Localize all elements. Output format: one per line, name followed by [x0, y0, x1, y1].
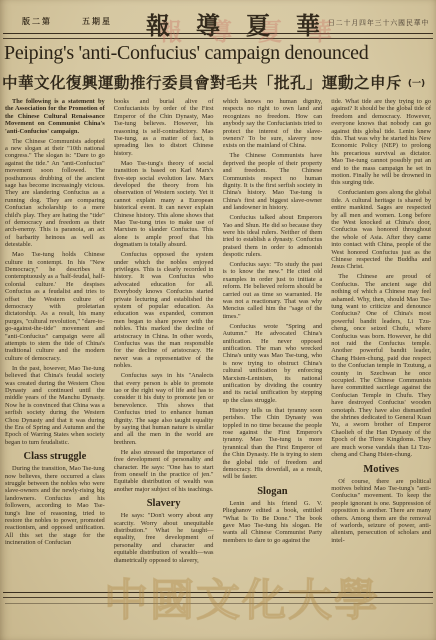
article-paragraph: Confucius wrote "Spring and Autumn." He …	[223, 323, 323, 404]
article-paragraph: Mao Tse-tung's theory of social transiti…	[114, 160, 214, 249]
section-heading-slavery: Slavery	[114, 498, 214, 509]
article-paragraph: The Chinese Communists adopted a new slo…	[5, 138, 105, 249]
headline-chinese-text: 中華文化復興運動推行委員會對毛共「批孔」運動之申斥	[2, 74, 402, 92]
article-paragraph: During the transition, Mao Tse-tung now …	[5, 465, 105, 546]
article-paragraph: Confucius opposed the system under which…	[114, 251, 214, 370]
article-paragraph: which knows no human dignity, respects n…	[223, 98, 323, 150]
headline-part-number: (一)	[408, 79, 425, 89]
article-paragraph: Confucius says in his "Analects that eve…	[114, 372, 214, 446]
article-paragraph: The Chinese are proud of Confucius. The …	[331, 273, 431, 458]
edition-label: 版二第	[22, 16, 52, 27]
article-paragraph: History tells us that tyranny soon peris…	[223, 407, 323, 481]
section-heading-slogan: Slogan	[223, 486, 323, 497]
article-paragraph: In the past, however, Mao Tse-tung belie…	[5, 365, 105, 446]
article-column-2: books and burial alive of Confucianists …	[114, 98, 214, 592]
section-heading-class-struggle: Class struggle	[5, 451, 105, 462]
section-heading-motives: Motives	[331, 464, 431, 475]
university-watermark: 中國文化大學	[104, 564, 380, 628]
article-paragraph: Of course, there are political motives b…	[331, 478, 431, 545]
headline-chinese: 中華文化復興運動推行委員會對毛共「批孔」運動之申斥 (一)	[2, 71, 434, 93]
article-paragraph: He also stressed the importance of free …	[114, 449, 214, 493]
weekday-label: 五期星	[82, 16, 112, 27]
article-intro-paragraph: The following is a statement by the Asso…	[5, 98, 105, 135]
article-paragraph: The Chinese Communists have deprived the…	[223, 152, 323, 211]
article-paragraph: books and burial alive of Confucianists …	[114, 98, 214, 157]
article-paragraph: Confucius says: "To study the past is to…	[223, 261, 323, 320]
article-column-4: tide. What tide are they trying to go ag…	[331, 98, 431, 592]
article-paragraph: tide. What tide are they trying to go ag…	[331, 98, 431, 187]
newspaper-page: 版二第 五期星 報導夏華 報導夏華 日二十月四年三十六國民華中 Peiping'…	[0, 0, 436, 640]
article-paragraph: Confucianism goes along the global tide.…	[331, 189, 431, 270]
article-paragraph: Mao Tse-tung holds Chinese culture in co…	[5, 251, 105, 362]
article-body: The following is a statement by the Asso…	[5, 98, 431, 592]
masthead-title: 報導夏華	[146, 6, 346, 41]
article-paragraph: Lenin and his friend G. V. Plieghanov ed…	[223, 500, 323, 544]
article-paragraph: He says: "Don't worry about any scarcity…	[114, 512, 214, 564]
article-column-1: The following is a statement by the Asso…	[5, 98, 105, 592]
article-column-3: which knows no human dignity, respects n…	[223, 98, 323, 592]
article-paragraph: Confucius talked about Emperors Yao and …	[223, 214, 323, 258]
